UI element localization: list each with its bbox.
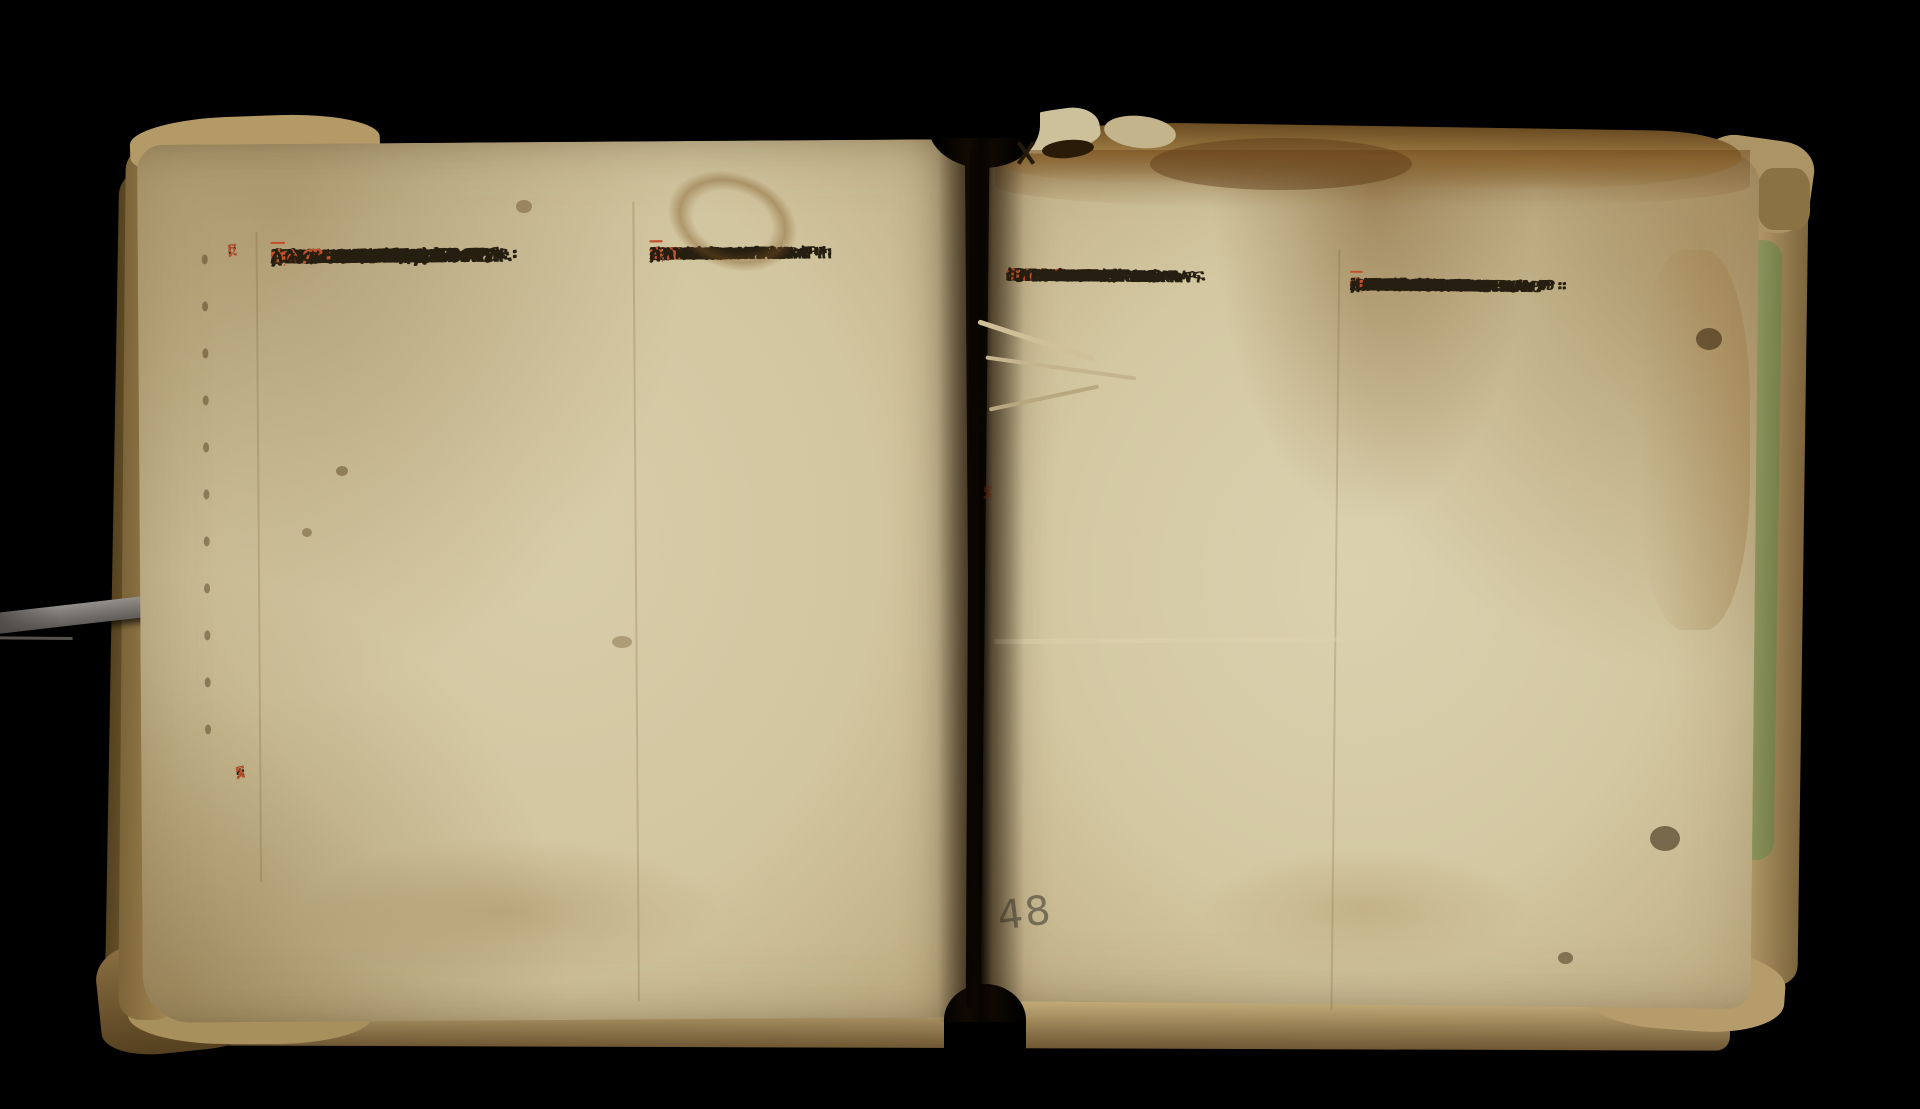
pricking-hole [204, 630, 210, 640]
column-crease [1330, 250, 1340, 1010]
ink-text: ስጶ፡እንተ፡ተመይጠት፡ [650, 236, 822, 271]
rubric-text: ፯ [983, 484, 992, 499]
text-column-left-2: ምሥጢረ፡መስቀል፡ዘተርጕሞ፨አመ፡ቈስጠንጢኖስ፡ርእየ፡ማዕተቡ፡ከዋክብ… [650, 235, 940, 237]
pricking-hole [203, 442, 209, 452]
gutter-crack [966, 150, 978, 1008]
pricking-hole [202, 348, 208, 358]
gutter-gap-bottom [944, 984, 1026, 1056]
ink-text: ለአውግስንዮስ፡ለ [271, 239, 431, 274]
left-page: ፍ፡ኤክህለ፡ያስጧም፡ሞገዪ፨ሰላም፡ለዮሐንስ፡ዘተላዒለ፡መጠኑ፨በነሢአ… [137, 139, 971, 1023]
top-right-page-edge [1758, 168, 1810, 230]
text-column-right-1: እምካህዲ፨እግዚአብሔር፡ጊዜ፡ፈቃዲ፨አመ፡አሐዝዋ፡ላቲ፡ወአቅረብዋ፡ለ… [1006, 258, 1336, 261]
right-page: እምካህዲ፨እግዚአብሔር፡ጊዜ፡ፈቃዲ፨አመ፡አሐዝዋ፡ላቲ፡ወአቅረብዋ፡ለ… [981, 146, 1760, 1009]
manuscript-photograph: ፍ፡ኤክህለ፡ያስጧም፡ሞገዪ፨ሰላም፡ለዮሐንስ፡ዘተላዒለ፡መጠኑ፨በነሢአ… [0, 0, 1920, 1109]
ink-text: ስእለቲ፡ [1006, 258, 1070, 292]
pricking-hole [205, 724, 211, 734]
rubric-text: ፬ [227, 242, 236, 258]
ink-text: ፈስ፡እድምዓ፡ዘነሥአ፡እም [1350, 268, 1556, 304]
text-column-left-1: ፍ፡ኤክህለ፡ያስጧም፡ሞገዪ፨ሰላም፡ለዮሐንስ፡ዘተላዒለ፡መጠኑ፨በነሢአ… [271, 237, 631, 240]
pricking-hole [205, 677, 211, 687]
ruling-line [256, 232, 263, 882]
pricking-hole [203, 489, 209, 499]
pricking-hole [204, 583, 210, 593]
column-crease [632, 201, 640, 1001]
pencil-folio-number: 48 [995, 887, 1055, 940]
pricking-hole [203, 395, 209, 405]
pricking-hole [204, 536, 210, 546]
pricking-hole [202, 254, 208, 264]
fold-crease [994, 637, 1344, 644]
pricking-hole [202, 301, 208, 311]
text-column-right-2: ብእሲት፡አሐቲ፡ሶበ፡ባእልዮስ፡ተወከፈ፨ደምሳሴ፡በሐይወቱ፡ዘኃጣውኢሃ… [1350, 268, 1680, 271]
rubric-text: ፮ [235, 764, 245, 780]
